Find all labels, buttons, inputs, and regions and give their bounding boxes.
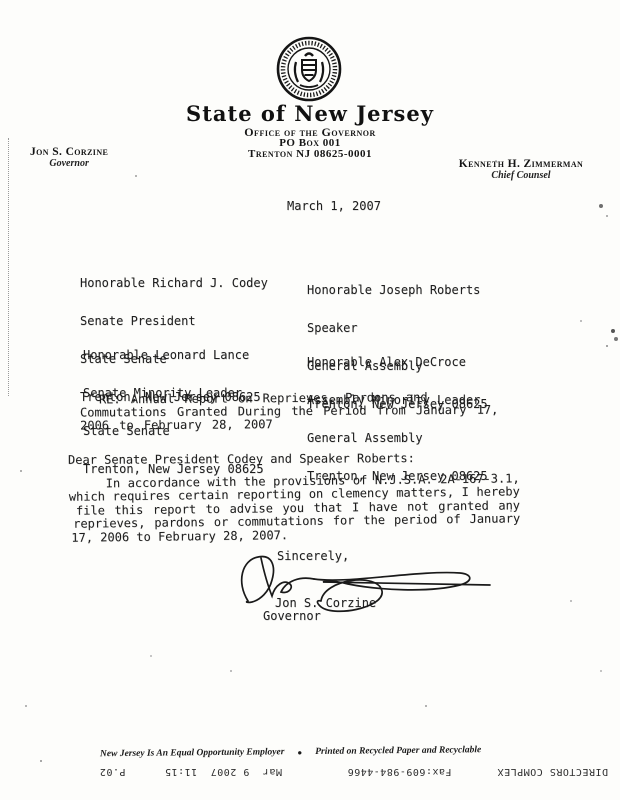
fax-header-strip: DIRECTORS COMPLEX Fax:609-984-4466 Mar 9… (12, 766, 608, 777)
governor-title: Governor (30, 158, 108, 169)
agency-name: State of New Jersey (0, 101, 620, 126)
re-subject-block: RE: Annual Report on Reprieves, Pardons … (80, 390, 520, 432)
signer-name: Jon S. Corzine (275, 596, 376, 610)
body-paragraph: In accordance with the provisions of N.J… (69, 472, 530, 545)
salutation: Dear Senate President Codey and Speaker … (68, 451, 415, 467)
recipient-line: Honorable Leonard Lance (83, 349, 264, 362)
recipient-line: Honorable Alex DeCroce (307, 356, 488, 369)
chief-counsel-block: Kenneth H. Zimmerman Chief Counsel (436, 158, 606, 181)
scan-edge-dots (8, 138, 9, 396)
letter-date: March 1, 2007 (287, 199, 381, 213)
recipient-line: General Assembly (307, 432, 488, 445)
scanned-letter-page: State of New Jersey Office of the Govern… (0, 0, 620, 800)
signer-title: Governor (263, 609, 321, 623)
recipient-line: Honorable Joseph Roberts (307, 284, 488, 297)
governor-name: Jon S. Corzine (30, 146, 108, 158)
chief-counsel-title: Chief Counsel (436, 170, 606, 181)
governor-name-block: Jon S. Corzine Governor (30, 146, 108, 169)
footer-line: New Jersey Is An Equal Opportunity Emplo… (100, 745, 520, 759)
scan-speckles (40, 760, 42, 762)
equal-opportunity-text: New Jersey Is An Equal Opportunity Emplo… (100, 747, 284, 759)
recipient-line: Honorable Richard J. Codey (80, 277, 268, 290)
bullet-icon: ● (297, 748, 302, 757)
chief-counsel-name: Kenneth H. Zimmerman (436, 158, 606, 170)
recycled-paper-text: Printed on Recycled Paper and Recyclable (315, 745, 481, 757)
nj-state-seal-icon (276, 36, 342, 102)
